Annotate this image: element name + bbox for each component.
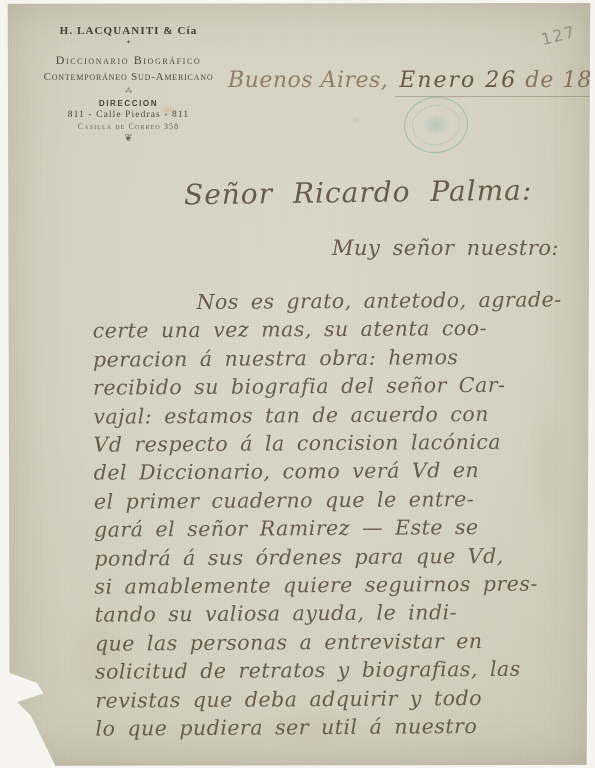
body-line: si amablemente quiere seguirnos pres-	[94, 569, 576, 601]
letter-paper: H. LACQUANITI & Cía ✦ Diccionario Biográ…	[0, 0, 595, 768]
archival-pencil-number: 127	[539, 22, 578, 49]
letterhead-title-line1: Diccionario Biográfico	[26, 53, 231, 68]
body-line: del Diccionario, como verá Vd en	[94, 456, 576, 488]
body-line: que las personas a entrevistar en	[95, 626, 577, 658]
body-line: tando su valiosa ayuda, le indi-	[95, 598, 577, 630]
body-line: pondrá á sus órdenes para que Vd,	[94, 541, 576, 573]
body-line: revistas que deba adquirir y todo	[95, 683, 577, 715]
dateline-written-month-day: Enero 26	[399, 68, 517, 93]
body-line: Nos es grato, antetodo, agrade-	[92, 285, 574, 317]
dateline-printed-de-189: de 189	[517, 68, 595, 93]
diamond-ornament-icon: ✦	[26, 40, 231, 46]
letterhead-company-name: H. LACQUANITI & Cía	[26, 25, 231, 37]
body-line: certe una vez mas, su atenta coo-	[93, 314, 575, 346]
body-line: lo que pudiera ser util á nuestro	[95, 711, 577, 743]
body-line: peracion á nuestra obra: hemos	[93, 342, 575, 374]
letterhead-direccion-label: DIRECCION	[26, 99, 231, 108]
letter-greeting: Muy señor nuestro:	[332, 236, 559, 260]
letter-body: Nos es grato, antetodo, agrade- certe un…	[92, 285, 577, 743]
body-line: vajal: estamos tan de acuerdo con	[93, 399, 575, 431]
letterhead-po-box: Casilla de Correo 358	[26, 122, 231, 131]
body-line: el primer cuaderno que le entre-	[94, 484, 576, 516]
dateline: Buenos Aires, Enero 26 de 1898	[228, 68, 595, 93]
body-line: solicitud de retratos y biografias, las	[95, 655, 577, 687]
divider-ornament-icon: ⁂	[26, 87, 231, 95]
paper-stain	[350, 115, 363, 125]
fleuron-ornament-icon: ❦	[26, 133, 231, 144]
letterhead-street-address: 811 - Calle Piedras - 811	[26, 110, 231, 120]
dateline-printed-city: Buenos Aires,	[228, 68, 388, 93]
scanned-letter-page: H. LACQUANITI & Cía ✦ Diccionario Biográ…	[0, 0, 595, 768]
body-line: Vd respecto á la concision lacónica	[93, 427, 575, 459]
letterhead: H. LACQUANITI & Cía ✦ Diccionario Biográ…	[26, 25, 231, 144]
body-line: recibido su biografia del señor Car-	[93, 371, 575, 403]
circular-ink-stamp	[400, 93, 471, 157]
body-line: gará el señor Ramirez — Este se	[94, 513, 576, 545]
dateline-fill-in: Enero 26 de 1898	[395, 68, 595, 97]
letterhead-title-line2: Contemporáneo Sud-Americano	[26, 71, 231, 83]
letter-salutation: Señor Ricardo Palma:	[184, 174, 533, 212]
